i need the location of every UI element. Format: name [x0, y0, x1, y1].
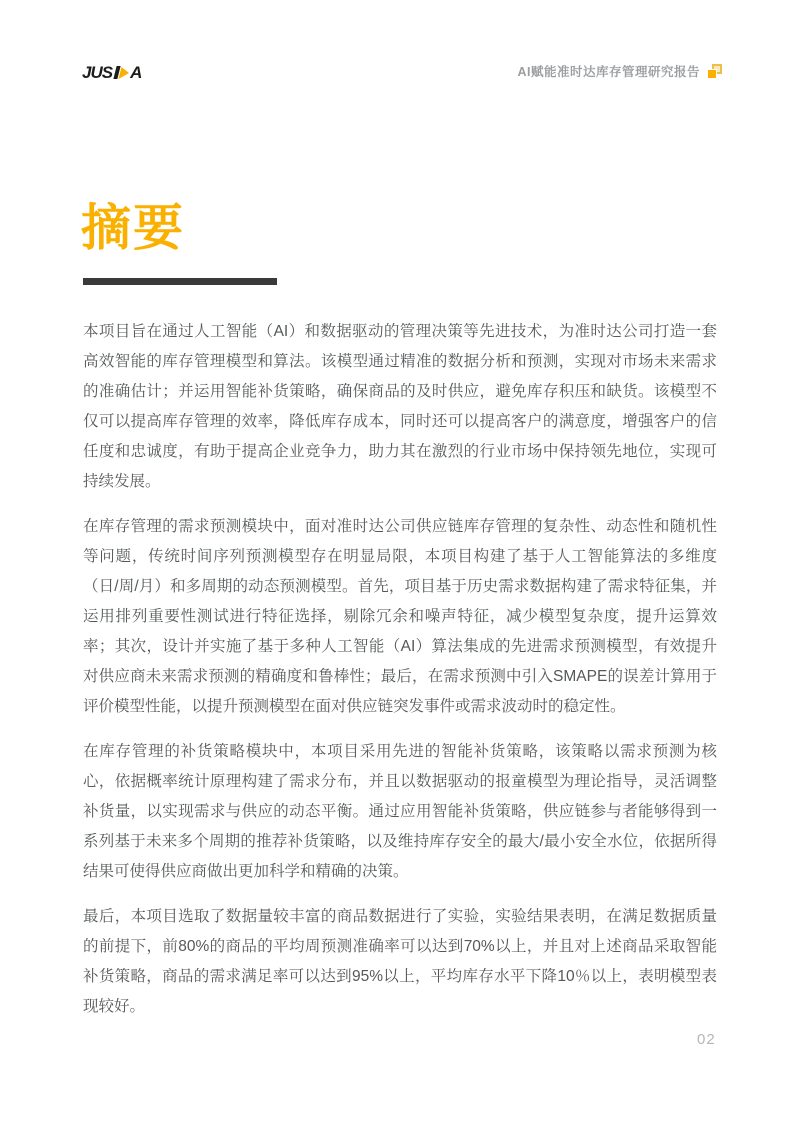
- header-report-info: AI赋能准时达库存管理研究报告: [517, 62, 722, 82]
- title-underline-bar: [83, 278, 277, 285]
- jusda-logo: JUS A: [82, 64, 141, 81]
- report-title: AI赋能准时达库存管理研究报告: [517, 62, 700, 82]
- layers-icon-front-square: [707, 69, 717, 79]
- summary-paragraph: 在库存管理的需求预测模块中，面对准时达公司供应链库存管理的复杂性、动态性和随机性…: [83, 512, 717, 722]
- logo-arrow-icon: [119, 67, 131, 79]
- page-title: 摘要: [81, 202, 185, 254]
- summary-paragraph: 最后，本项目选取了数据量较丰富的商品数据进行了实验，实验结果表明，在满足数据质量…: [83, 902, 717, 1022]
- logo-text-right: A: [130, 64, 141, 81]
- report-page: JUS A AI赋能准时达库存管理研究报告 摘要 本项目旨在通过人工智能（AI）…: [0, 0, 799, 1122]
- summary-paragraph: 在库存管理的补货策略模块中，本项目采用先进的智能补货策略，该策略以需求预测为核心…: [83, 737, 717, 887]
- page-number: 02: [697, 1031, 716, 1048]
- layers-icon: [706, 64, 722, 80]
- summary-body: 本项目旨在通过人工智能（AI）和数据驱动的管理决策等先进技术，为准时达公司打造一…: [83, 317, 717, 1022]
- logo-text-left: JUS: [82, 64, 112, 81]
- summary-paragraph: 本项目旨在通过人工智能（AI）和数据驱动的管理决策等先进技术，为准时达公司打造一…: [83, 317, 717, 497]
